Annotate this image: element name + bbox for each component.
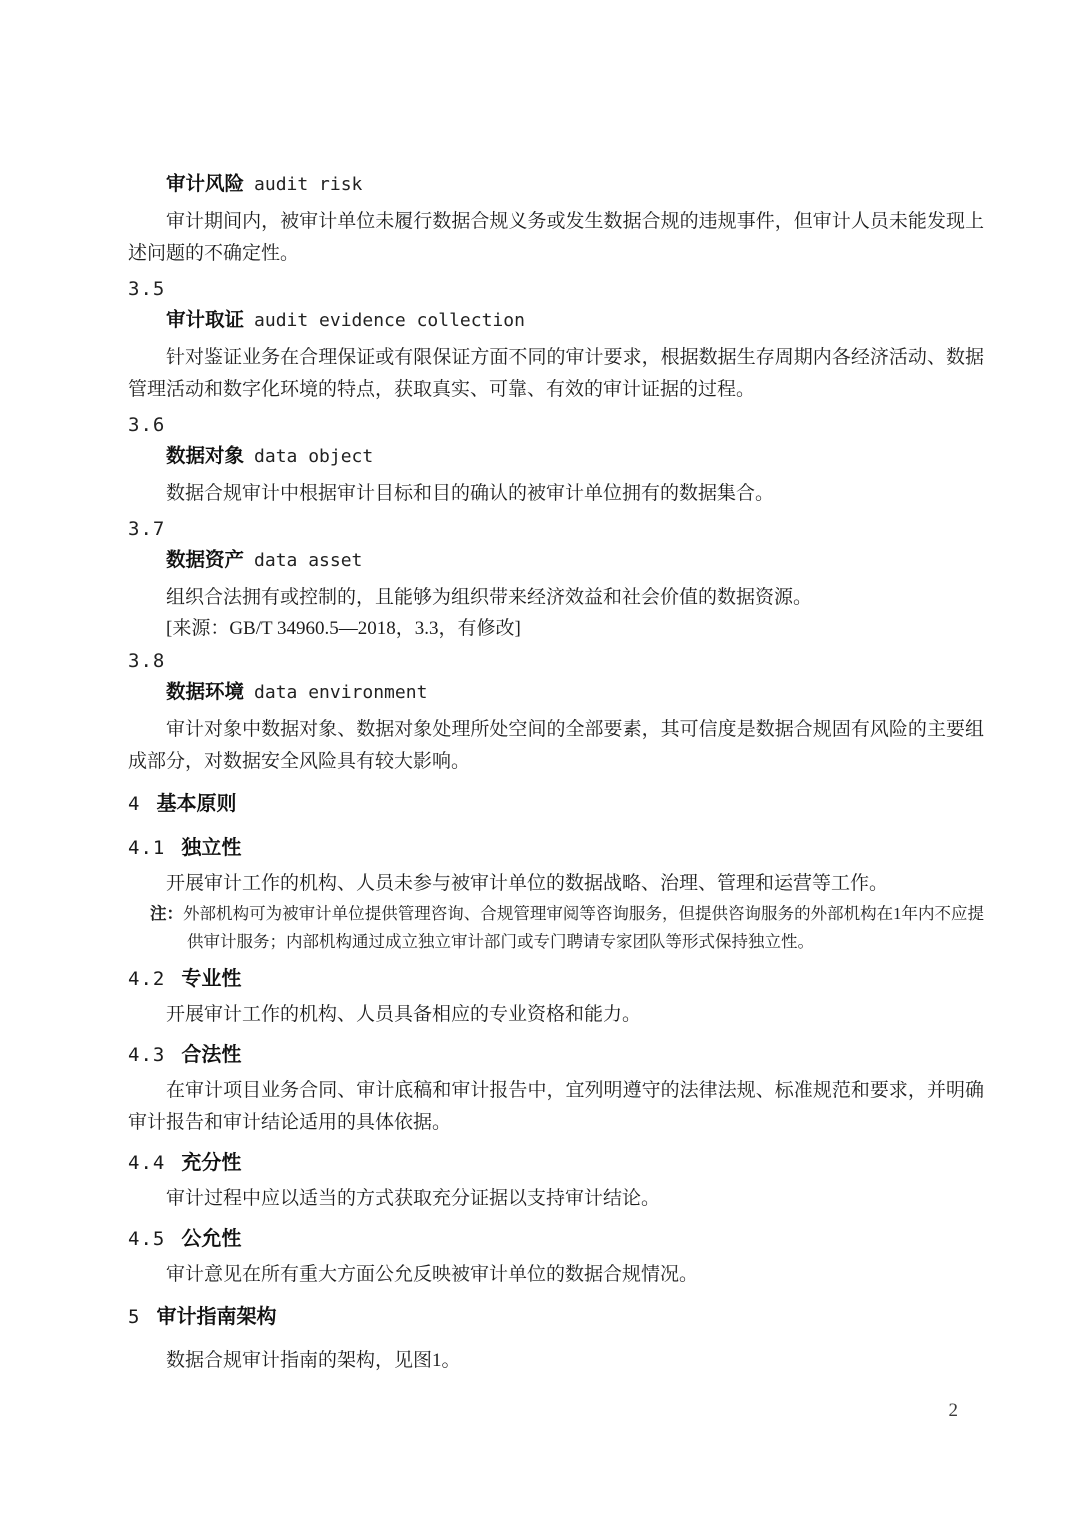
term-heading: 数据环境data environment: [128, 676, 984, 710]
paragraph: 审计过程中应以适当的方式获取充分证据以支持审计结论。: [128, 1183, 984, 1215]
term-en-label: data environment: [254, 682, 427, 703]
section-title: 独立性: [181, 837, 241, 859]
paragraph: 审计对象中数据对象、数据对象处理所处空间的全部要素，其可信度是数据合规固有风险的…: [128, 714, 984, 778]
note: 注：外部机构可为被审计单位提供管理咨询、合规管理审阅等咨询服务，但提供咨询服务的…: [150, 900, 984, 955]
paragraph: 在审计项目业务合同、审计底稿和审计报告中，宜列明遵守的法律法规、标准规范和要求，…: [128, 1075, 984, 1139]
paragraph: 针对鉴证业务在合理保证或有限保证方面不同的审计要求，根据数据生存周期内各经济活动…: [128, 342, 984, 406]
term-en-label: audit evidence collection: [254, 310, 525, 331]
clause-number: 3.6: [128, 412, 984, 438]
chapter-number: 5: [128, 1306, 140, 1328]
document-content: 审计风险audit risk审计期间内，被审计单位未履行数据合规义务或发生数据合…: [128, 168, 984, 1383]
section-number: 4.3: [128, 1044, 165, 1066]
section-number: 4.4: [128, 1152, 165, 1174]
section-heading: 4.1独立性: [128, 832, 984, 866]
paragraph: 开展审计工作的机构、人员具备相应的专业资格和能力。: [128, 999, 984, 1031]
note-label: 注：: [150, 905, 183, 923]
section-heading: 4.2专业性: [128, 963, 984, 997]
paragraph: 数据合规审计指南的架构，见图1。: [128, 1345, 984, 1377]
chapter-title: 基本原则: [156, 793, 236, 815]
section-heading: 4.4充分性: [128, 1147, 984, 1181]
source-reference: [来源：GB/T 34960.5—2018，3.3，有修改]: [128, 616, 984, 642]
chapter-heading: 5审计指南架构: [128, 1301, 984, 1335]
chapter-number: 4: [128, 793, 140, 815]
term-zh-label: 数据对象: [166, 445, 244, 467]
chapter-heading: 4基本原则: [128, 788, 984, 822]
term-zh-label: 审计取证: [166, 309, 244, 331]
paragraph: 组织合法拥有或控制的，且能够为组织带来经济效益和社会价值的数据资源。: [128, 582, 984, 614]
section-number: 4.1: [128, 837, 165, 859]
document-page: 审计风险audit risk审计期间内，被审计单位未履行数据合规义务或发生数据合…: [0, 0, 1080, 1527]
term-en-label: audit risk: [254, 174, 362, 195]
section-title: 专业性: [181, 968, 241, 990]
clause-number: 3.8: [128, 648, 984, 674]
section-title: 公允性: [181, 1228, 241, 1250]
clause-number: 3.7: [128, 516, 984, 542]
section-number: 4.2: [128, 968, 165, 990]
section-title: 充分性: [181, 1152, 241, 1174]
paragraph: 数据合规审计中根据审计目标和目的确认的被审计单位拥有的数据集合。: [128, 478, 984, 510]
term-heading: 审计风险audit risk: [128, 168, 984, 202]
paragraph: 开展审计工作的机构、人员未参与被审计单位的数据战略、治理、管理和运营等工作。: [128, 868, 984, 900]
term-heading: 数据对象data object: [128, 440, 984, 474]
term-en-label: data object: [254, 446, 373, 467]
section-number: 4.5: [128, 1228, 165, 1250]
term-heading: 审计取证audit evidence collection: [128, 304, 984, 338]
section-heading: 4.5公允性: [128, 1223, 984, 1257]
clause-number: 3.5: [128, 276, 984, 302]
term-zh-label: 审计风险: [166, 173, 244, 195]
term-heading: 数据资产data asset: [128, 544, 984, 578]
section-heading: 4.3合法性: [128, 1039, 984, 1073]
chapter-title: 审计指南架构: [156, 1306, 276, 1328]
section-title: 合法性: [181, 1044, 241, 1066]
paragraph: 审计期间内，被审计单位未履行数据合规义务或发生数据合规的违规事件，但审计人员未能…: [128, 206, 984, 270]
page-number: 2: [949, 1398, 959, 1424]
term-en-label: data asset: [254, 550, 362, 571]
term-zh-label: 数据资产: [166, 549, 244, 571]
paragraph: 审计意见在所有重大方面公允反映被审计单位的数据合规情况。: [128, 1259, 984, 1291]
term-zh-label: 数据环境: [166, 681, 244, 703]
